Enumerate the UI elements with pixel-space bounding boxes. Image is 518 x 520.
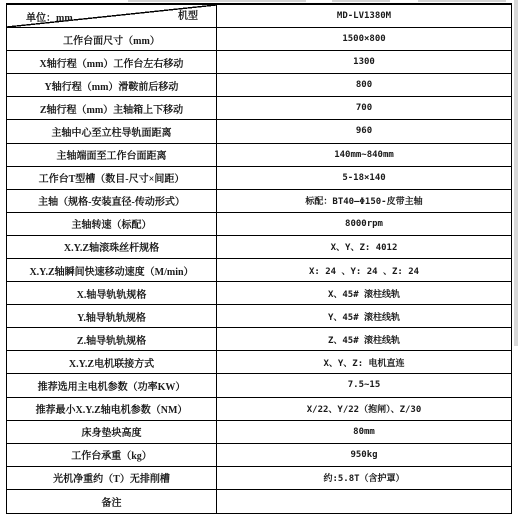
spec-label: 主轴端面至工作台面距离 [57, 147, 167, 162]
spec-value-cell: 960 [217, 120, 511, 143]
spec-value-cell: 1300 [217, 51, 511, 74]
unit-label: 单位：mm [26, 9, 73, 24]
header-diagonal-cell: 单位：mm 机型 [7, 5, 217, 28]
cutoff-text-remnant [128, 0, 306, 2]
spec-value: Z、45# 滚柱线轨 [328, 333, 400, 346]
spec-label: X轴行程（mm）工作台左右移动 [40, 55, 184, 70]
spec-value: 8000rpm [345, 219, 383, 229]
spec-label: Y.轴导轨轨规格 [77, 309, 146, 324]
spec-label: Z轴行程（mm）主轴箱上下移动 [40, 101, 183, 116]
spec-label-cell: Y轴行程（mm）滑鞍前后移动 [7, 74, 217, 97]
model-value: MD-LV1380M [337, 11, 391, 21]
spec-label-cell: 工作台T型槽（数目-尺寸×间距） [7, 167, 217, 190]
spec-label-cell: X轴行程（mm）工作台左右移动 [7, 51, 217, 74]
spec-label: 主轴中心至立柱导轨面距离 [52, 124, 172, 139]
spec-label-cell: Y.轴导轨轨规格 [7, 305, 217, 328]
spec-label: 推荐最小X.Y.Z轴电机参数（NM） [36, 401, 188, 416]
spec-value-cell: Y、45# 滚柱线轨 [217, 305, 511, 328]
spec-value: X: 24 、Y: 24 、Z: 24 [309, 264, 419, 277]
spec-label: X.Y.Z轴滚珠丝杆规格 [64, 239, 159, 254]
spec-value-cell: 标配：BT40—Φ150-皮带主轴 [217, 190, 511, 213]
spec-label: 推荐选用主电机参数（功率KW） [38, 378, 186, 393]
spec-value-cell: X: 24 、Y: 24 、Z: 24 [217, 259, 511, 282]
spec-label-cell: 主轴转速（标配） [7, 213, 217, 236]
spec-label: 工作台T型槽（数目-尺寸×间距） [39, 170, 185, 185]
spec-value-cell: 800 [217, 74, 511, 97]
spec-label-cell: 光机净重约（T）无排削槽 [7, 467, 217, 490]
spec-value-cell: 950kg [217, 444, 511, 467]
model-value-cell: MD-LV1380M [217, 5, 511, 28]
spec-value: X、45# 滚柱线轨 [328, 287, 400, 300]
page-edge-shadow [514, 0, 518, 346]
spec-label-cell: X.轴导轨轨规格 [7, 282, 217, 305]
spec-label: 床身垫块高度 [82, 424, 142, 439]
spec-value-cell: 8000rpm [217, 213, 511, 236]
spec-value-cell: 700 [217, 97, 511, 120]
cutoff-text-remnant [418, 0, 506, 2]
spec-value-cell: X/22、Y/22（抱闸）、Z/30 [217, 398, 511, 421]
spec-label-cell: 床身垫块高度 [7, 421, 217, 444]
spec-label: X.Y.Z轴瞬间快速移动速度（M/min） [29, 263, 193, 278]
spec-label-cell: X.Y.Z轴瞬间快速移动速度（M/min） [7, 259, 217, 282]
spec-label: 工作台面尺寸（mm） [63, 32, 160, 47]
spec-label-cell: 工作台承重（kg） [7, 444, 217, 467]
spec-label-cell: 工作台面尺寸（mm） [7, 28, 217, 51]
model-header-label: 机型 [178, 7, 198, 22]
spec-value: 约:5.8T（含护罩） [323, 471, 404, 484]
spec-label-cell: Z.轴导轨轨规格 [7, 328, 217, 351]
spec-label: Y轴行程（mm）滑鞍前后移动 [45, 78, 179, 93]
spec-value: 1300 [353, 57, 375, 67]
spec-label: 主轴（规格-安装直径-传动形式） [38, 193, 185, 208]
spec-label-cell: 推荐选用主电机参数（功率KW） [7, 374, 217, 397]
spec-value-cell: 7.5~15 [217, 374, 511, 397]
spec-value-cell: X、45# 滚柱线轨 [217, 282, 511, 305]
spec-value: 7.5~15 [348, 380, 381, 390]
spec-label-cell: 主轴中心至立柱导轨面距离 [7, 120, 217, 143]
spec-label: 备注 [102, 494, 122, 509]
spec-value: 800 [356, 80, 372, 90]
cutoff-text-remnant [332, 0, 390, 2]
spec-value-cell: 约:5.8T（含护罩） [217, 467, 511, 490]
spec-label: 主轴转速（标配） [72, 216, 152, 231]
spec-value-cell: X、Y、Z: 电机直连 [217, 351, 511, 374]
spec-value: Y、45# 滚柱线轨 [328, 310, 400, 323]
spec-value: 80mm [353, 427, 375, 437]
spec-value: X、Y、Z: 电机直连 [323, 356, 404, 369]
spec-label: Z.轴导轨轨规格 [77, 332, 146, 347]
spec-value-cell: 1500×800 [217, 28, 511, 51]
spec-label-cell: X.Y.Z电机联接方式 [7, 351, 217, 374]
spec-label: X.轴导轨轨规格 [77, 286, 147, 301]
spec-label: X.Y.Z电机联接方式 [69, 355, 154, 370]
spec-value: 700 [356, 103, 372, 113]
spec-value-cell: 80mm [217, 421, 511, 444]
spec-label-cell: 备注 [7, 490, 217, 513]
spec-label-cell: Z轴行程（mm）主轴箱上下移动 [7, 97, 217, 120]
machine-spec-table: 单位：mm 机型 MD-LV1380M 工作台面尺寸（mm） 1500×800 … [6, 3, 512, 514]
spec-value: 5-18×140 [342, 173, 385, 183]
spec-value: 950kg [350, 450, 377, 460]
spec-value: 1500×800 [342, 34, 385, 44]
spec-label-cell: 主轴端面至工作台面距离 [7, 144, 217, 167]
spec-value-cell: Z、45# 滚柱线轨 [217, 328, 511, 351]
spec-value: 标配：BT40—Φ150-皮带主轴 [305, 194, 422, 207]
spec-value-cell [217, 490, 511, 513]
spec-value: 140mm~840mm [334, 150, 394, 160]
spec-label: 工作台承重（kg） [71, 447, 152, 462]
spec-value-cell: X、Y、Z: 4012 [217, 236, 511, 259]
spec-label-cell: 推荐最小X.Y.Z轴电机参数（NM） [7, 398, 217, 421]
spec-value-cell: 5-18×140 [217, 167, 511, 190]
spec-label: 光机净重约（T）无排削槽 [53, 470, 170, 485]
spec-sheet-page: 单位：mm 机型 MD-LV1380M 工作台面尺寸（mm） 1500×800 … [0, 0, 518, 520]
spec-value: 960 [356, 126, 372, 136]
spec-label-cell: X.Y.Z轴滚珠丝杆规格 [7, 236, 217, 259]
spec-label-cell: 主轴（规格-安装直径-传动形式） [7, 190, 217, 213]
spec-value: X、Y、Z: 4012 [331, 240, 398, 253]
spec-value: X/22、Y/22（抱闸）、Z/30 [307, 402, 422, 415]
spec-value-cell: 140mm~840mm [217, 144, 511, 167]
